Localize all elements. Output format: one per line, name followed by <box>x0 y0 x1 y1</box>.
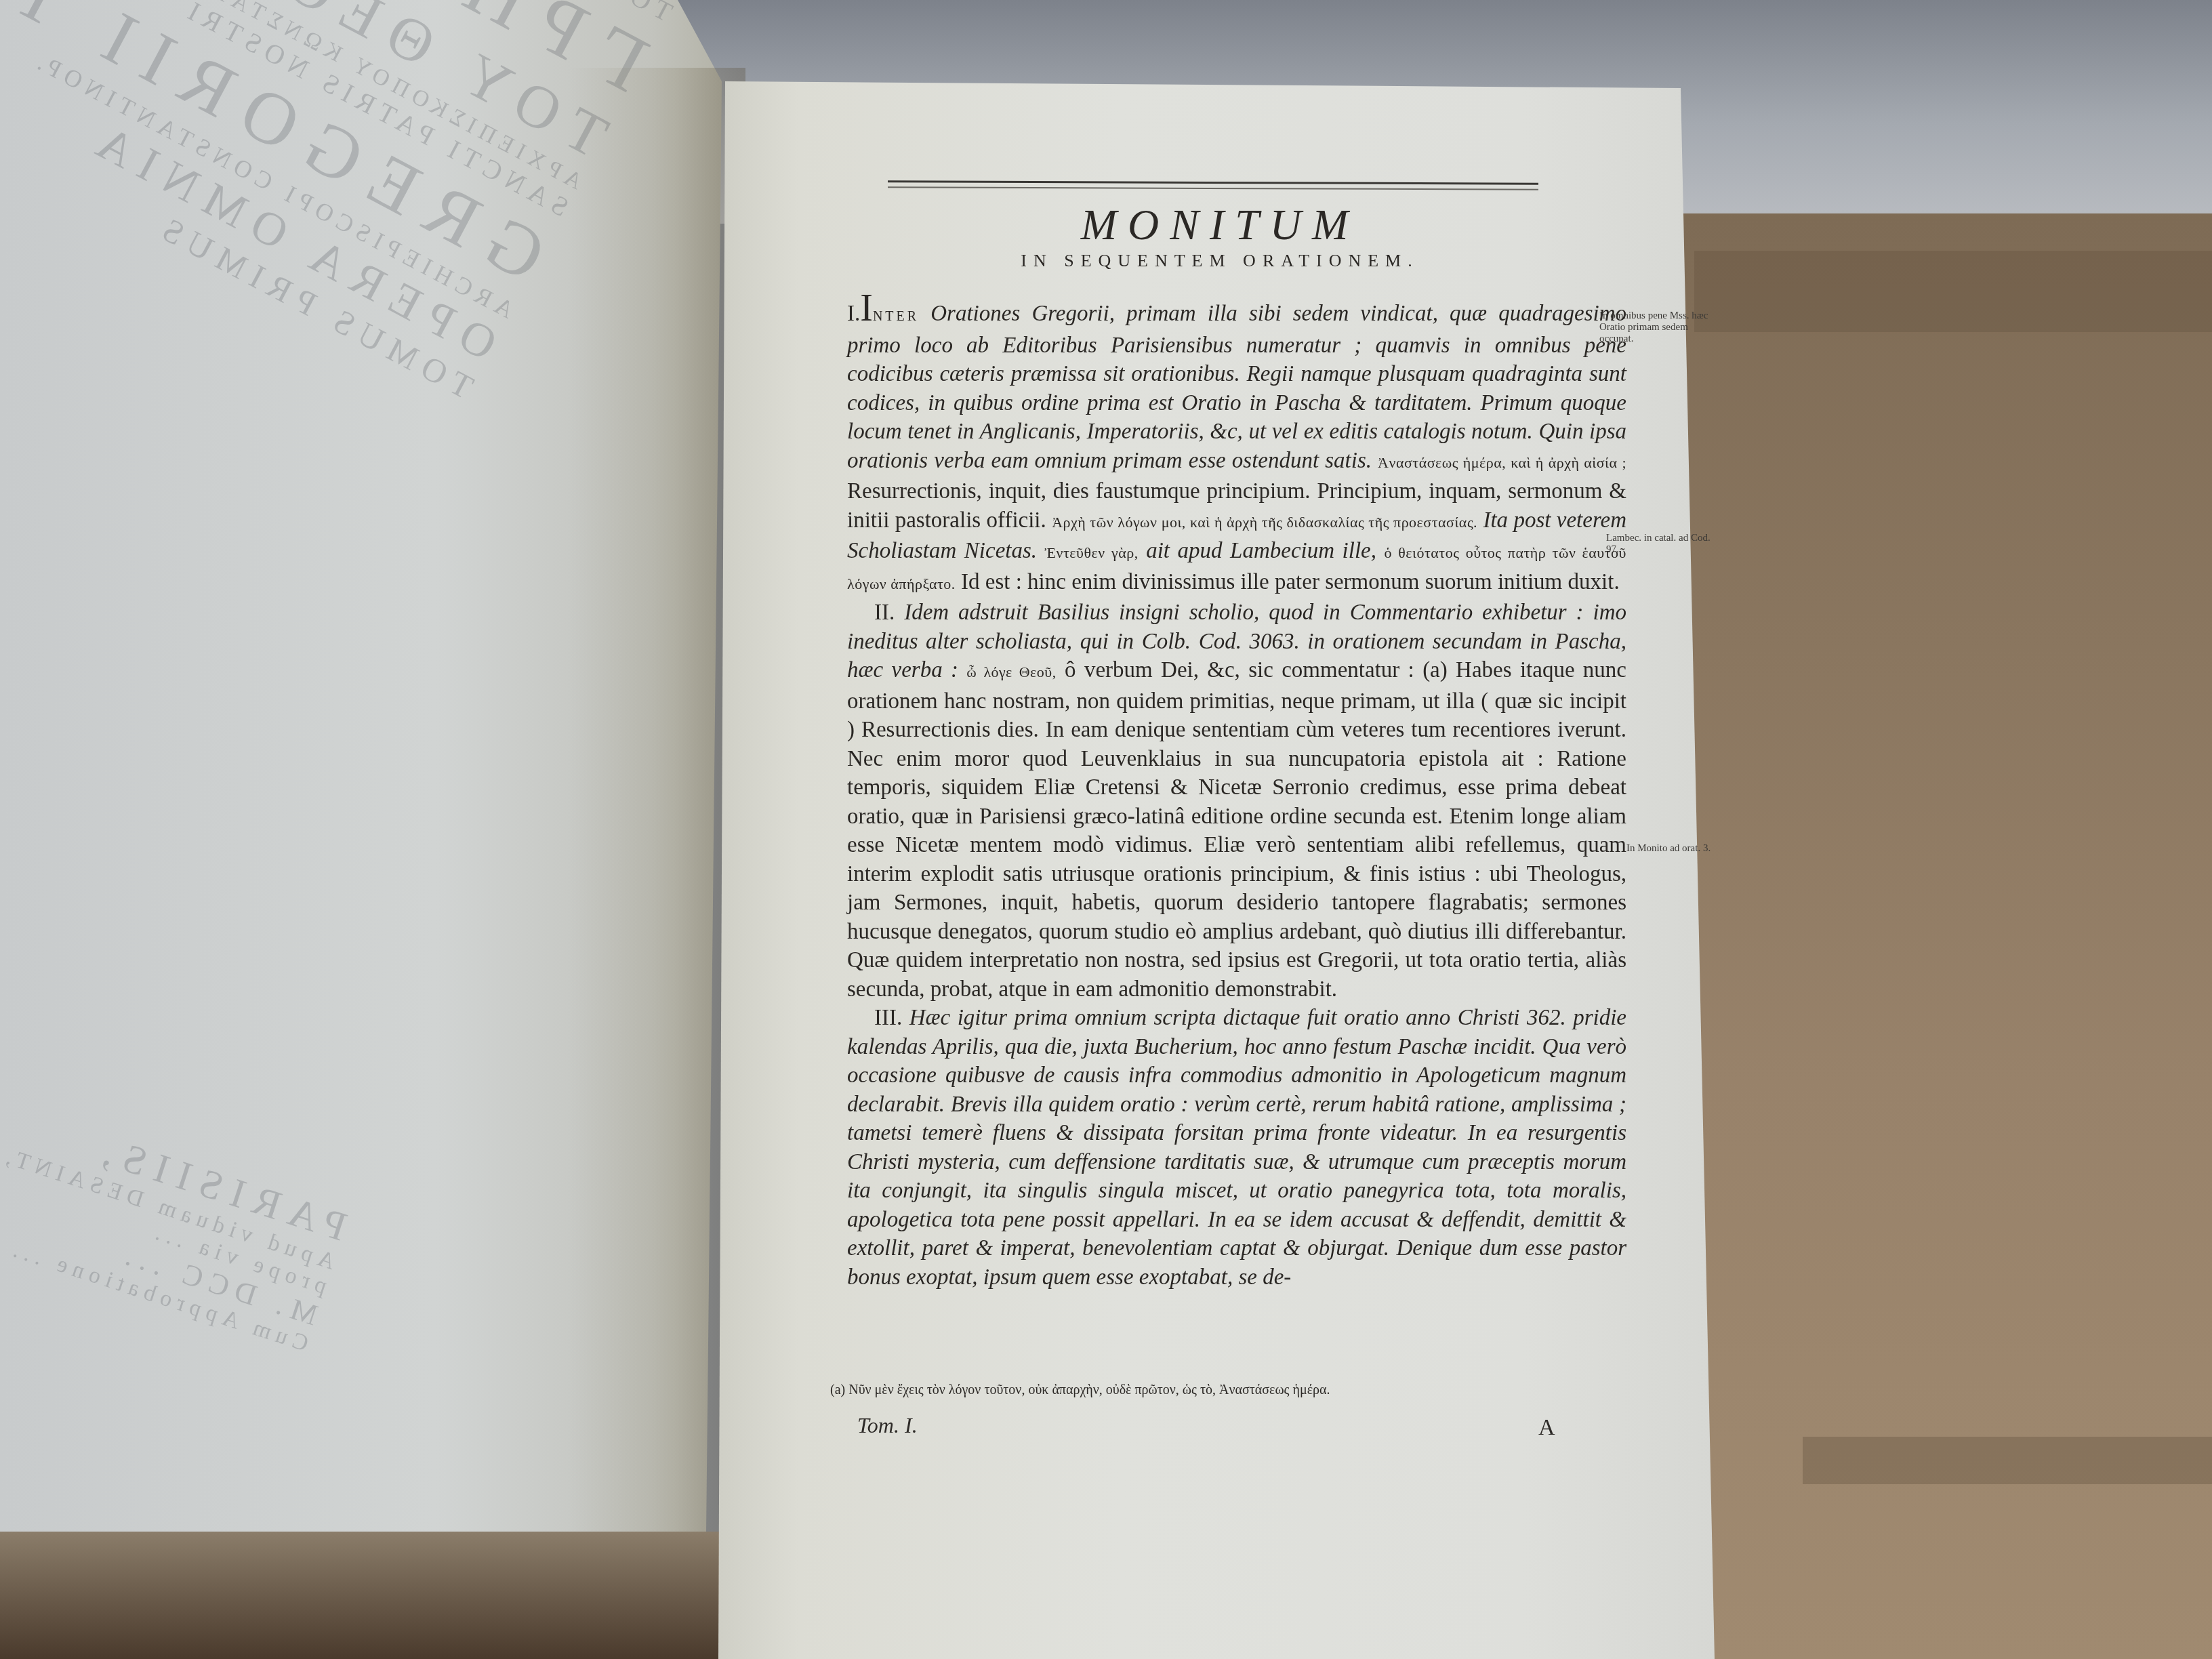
margin-note: Lambec. in catal. ad Cod. 97. <box>1606 533 1721 556</box>
section-text: Hæc igitur prima omnium scripta dictaque… <box>847 1006 1626 1290</box>
section-2: II. Idem adstruit Basilius insigni schol… <box>847 598 1626 1004</box>
greek-quote: Ἐντεῦθεν γὰρ, <box>1045 544 1139 561</box>
footnote: (a) Νῦν μὲν ἔχεις τὸν λόγον τοῦτον, οὐκ … <box>830 1382 1576 1398</box>
section-3: III. Hæc igitur prima omnium scripta dic… <box>847 1004 1626 1292</box>
table-board-seam <box>1694 251 2212 332</box>
book-cover-edge <box>0 1532 759 1659</box>
margin-note: In omnibus pene Mss. hæc Oratio primam s… <box>1599 310 1715 345</box>
section-text: Id est : hinc enim divinissimus ille pat… <box>961 570 1620 594</box>
section-numeral: III. <box>874 1006 902 1030</box>
volume-signature: Tom. I. <box>857 1413 918 1438</box>
signature-letter: A <box>1538 1415 1555 1441</box>
section-numeral: II. <box>874 600 895 625</box>
section-numeral: I. <box>847 302 860 326</box>
greek-quote: Ἀρχὴ τῶν λόγων μοι, καὶ ἡ ἀρχὴ τῆς διδασ… <box>1052 514 1477 531</box>
section-text: ô verbum Dei, &c, sic commentatur : (a) … <box>847 658 1626 1002</box>
small-caps-lead: NTER <box>873 309 919 324</box>
drop-cap: I <box>860 287 873 329</box>
table-board-seam <box>1803 1437 2212 1484</box>
section-1: I.INTER Orationes Gregorii, primam illa … <box>847 298 1626 598</box>
page-title: MONITUM <box>881 200 1559 250</box>
main-text-block: I.INTER Orationes Gregorii, primam illa … <box>847 298 1626 1292</box>
greek-quote: ὦ λόγε Θεοῦ, <box>966 663 1056 680</box>
greek-quote: Ἀναστάσεως ἡμέρα, καὶ ἡ ἀρχὴ αἰσία ; <box>1378 454 1626 471</box>
book-gutter-shadow <box>569 68 745 1659</box>
page-subtitle: IN SEQUENTEM ORATIONEM. <box>881 251 1559 271</box>
section-text: ait apud Lambecium ille, <box>1146 539 1376 563</box>
section-text: Orationes Gregorii, primam illa sibi sed… <box>847 302 1626 473</box>
margin-note: In Monito ad orat. 3. <box>1626 843 1742 855</box>
